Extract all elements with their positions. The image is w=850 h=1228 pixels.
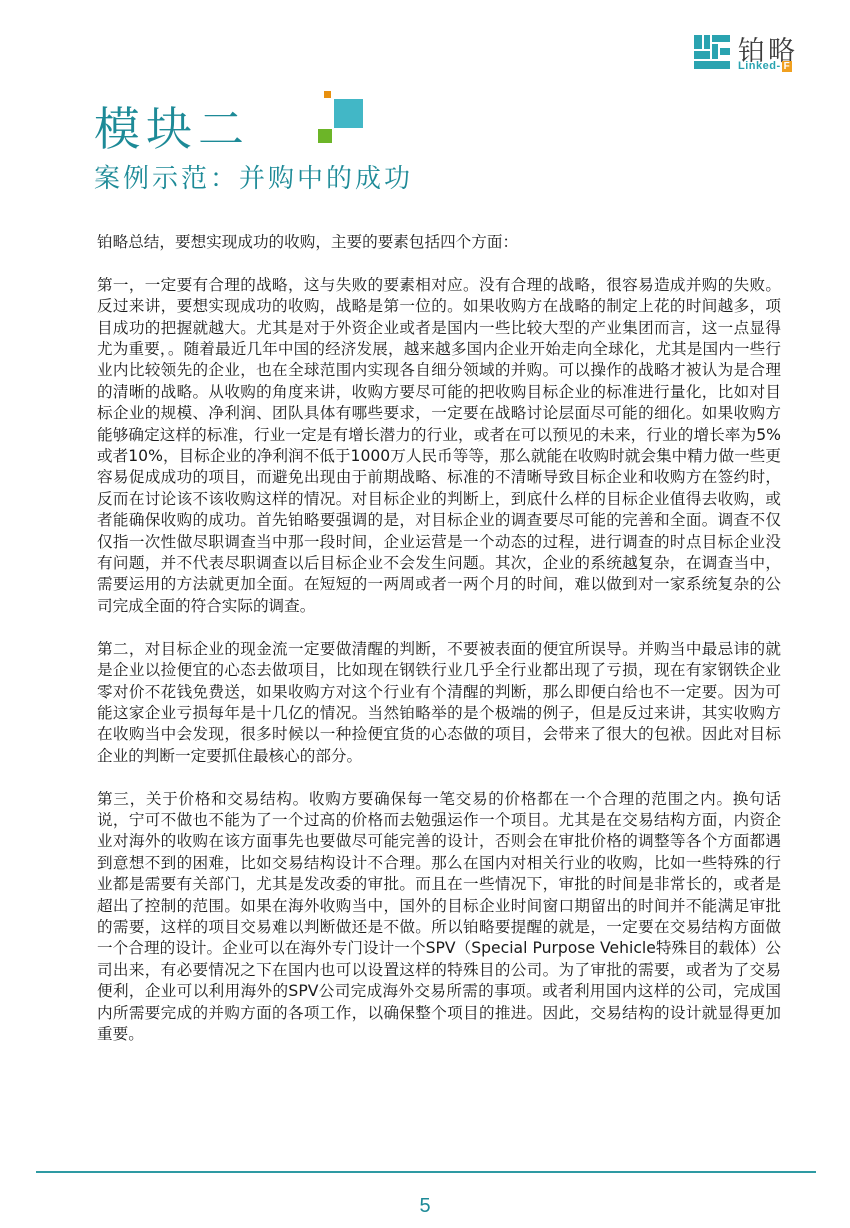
paragraph-cash-flow: 第二，对目标企业的现金流一定要做清醒的判断，不要被表面的便宜所误导。并购当中最忌… [97, 639, 781, 767]
paragraph-strategy: 第一，一定要有合理的战略，这与失败的要素相对应。没有合理的战略，很容易造成并购的… [97, 275, 781, 618]
paragraph-price-structure: 第三，关于价格和交易结构。收购方要确保每一笔交易的价格都在一个合理的范围之内。换… [97, 789, 781, 1046]
decorative-square-teal [334, 99, 363, 128]
page-number: 5 [0, 1195, 850, 1218]
intro-paragraph: 铂略总结，要想实现成功的收购，主要的要素包括四个方面： [97, 232, 781, 253]
logo-english-text: Linked- [738, 60, 781, 72]
logo-english-name: Linked-F [738, 60, 792, 72]
module-subtitle: 案例示范：并购中的成功 [94, 164, 413, 194]
body-content: 铂略总结，要想实现成功的收购，主要的要素包括四个方面： 第一，一定要有合理的战略… [97, 232, 781, 1067]
decorative-square-green [318, 129, 332, 143]
decorative-square-orange [324, 91, 331, 98]
footer-divider [36, 1171, 816, 1173]
company-logo: 铂略 Linked-F [694, 33, 824, 73]
linked-f-logo-icon [694, 33, 730, 71]
module-title: 模块二 [94, 104, 250, 154]
logo-english-suffix: F [782, 61, 793, 72]
